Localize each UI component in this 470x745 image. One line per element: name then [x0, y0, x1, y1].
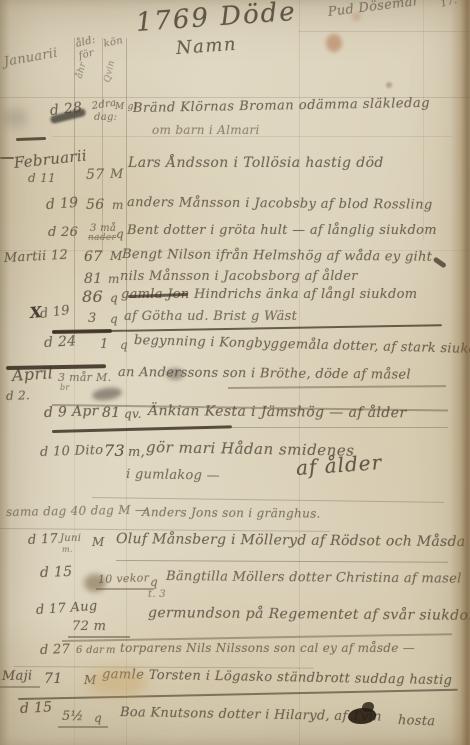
- separator-line: [228, 385, 446, 388]
- separator-stroke: [18, 689, 458, 700]
- entry-name-cause: Bent dotter i gröta hult — af långlig si…: [127, 224, 437, 237]
- entry-note: br: [60, 384, 70, 392]
- entry-sex: m: [108, 273, 120, 285]
- entry-sex: m: [106, 646, 116, 656]
- entry-age: 2dra: [91, 99, 117, 112]
- entry-month: Februarii: [13, 148, 87, 171]
- entry-age: 6 dar: [76, 646, 104, 656]
- separator-stroke: [52, 425, 232, 433]
- entry-age: 81: [84, 272, 102, 286]
- entry-age: nader: [88, 234, 116, 243]
- brown-stain: [84, 574, 106, 592]
- entry-date: d 9 Apr: [44, 404, 99, 420]
- ink-smudge: [91, 386, 122, 402]
- entry-name-cause: Bränd Klörnas Broman odämma släkledag: [133, 97, 430, 115]
- tan-stain: [88, 668, 148, 696]
- entry-date: d 15: [20, 700, 53, 716]
- entry-name-cause: germundson på Regementet af svår siukdom: [148, 606, 470, 623]
- entry-sex: q: [116, 228, 124, 240]
- small-spot: [386, 82, 392, 88]
- grid-column-line: [74, 38, 75, 343]
- entry-name-cause: nils Månsson i Jacobsborg af ålder: [120, 270, 358, 283]
- entry-sex: M: [110, 250, 123, 262]
- entry-age: dag:: [94, 113, 117, 123]
- page-binding-edge: [450, 0, 470, 745]
- entry-month: Martii 12: [4, 249, 69, 265]
- age-underline: [58, 726, 108, 728]
- sex-column-header: kön: [103, 36, 124, 50]
- ink-smudge: [166, 368, 184, 380]
- entry-name-cause: Anders Jons son i gränghus.: [142, 506, 321, 520]
- entry-sex: q: [94, 712, 102, 724]
- entry-sex: q: [120, 339, 128, 351]
- entry-date: d 19: [39, 304, 71, 321]
- entry-age: 72 m: [72, 620, 106, 633]
- rust-stain: [326, 34, 342, 52]
- manuscript-page: 1769 Döde Pud Dösemar 17. Januarii åld: …: [0, 0, 470, 745]
- entry-sex: M: [92, 536, 105, 548]
- entry-date: d 17 Aug: [36, 600, 98, 617]
- entry-name-cause: Boa Knutsons dotter i Hilaryd, af Tvin: [120, 706, 382, 724]
- entry-age: 1: [100, 338, 109, 351]
- entry-sex: M: [110, 168, 124, 181]
- entry-age: 56: [86, 198, 104, 212]
- margin-dash: [16, 137, 46, 141]
- age-underline: [96, 588, 154, 590]
- entry-sex: q: [150, 576, 158, 588]
- month-label-january: Januarii: [3, 47, 59, 69]
- entry-age: 73: [104, 443, 125, 459]
- entry-name-cause: anders Månsson i Jacobsby af blod Rossli…: [127, 196, 433, 212]
- entry-date: d 19: [46, 196, 79, 212]
- entry-month: April: [11, 365, 53, 384]
- entry-name-cause: Änkian Kesta i Jämshög — af ålder: [148, 404, 407, 420]
- entry-name-cause: Oluf Månsberg i Mölleryd af Rödsot och M…: [116, 532, 466, 549]
- grid-column-line: [102, 38, 103, 253]
- corner-note: Pud Dösemar: [327, 0, 420, 19]
- entry-date: d 17: [28, 532, 59, 547]
- entry-name-cause: om barn i Almari: [152, 124, 260, 136]
- ruled-line: [298, 31, 470, 32]
- entry-age: 67: [84, 250, 102, 264]
- entry-date: d 27: [40, 643, 71, 657]
- entry-age: 81: [102, 406, 120, 420]
- entry-date: d 26: [48, 226, 78, 239]
- entry-age: 57: [86, 168, 104, 182]
- entry-age: 3 mår M.: [58, 372, 111, 383]
- entry-sex: q: [110, 313, 118, 325]
- entry-name-cause: torparens Nils Nilssons son cal ey af må…: [120, 642, 415, 654]
- entry-sex: qv.: [124, 408, 142, 420]
- entry-name-cause: Lars Åndsson i Tollösia hastig död: [128, 156, 384, 170]
- separator-line: [230, 427, 448, 428]
- sex-column-header-vertical: Qvin: [104, 60, 117, 84]
- entry-age: 3: [88, 312, 97, 325]
- page-left-edge: [0, 0, 10, 745]
- entry-sex: m,: [128, 446, 145, 459]
- entry-name-cause: gamle Torsten i Lögasko ständbrott sudda…: [102, 668, 453, 687]
- name-column-header: Namn: [175, 36, 237, 58]
- entry-age: 5½: [62, 710, 83, 723]
- margin-x-mark: X: [29, 305, 42, 321]
- entry-age: 86: [82, 289, 103, 305]
- entry-note: t. 3: [148, 590, 166, 600]
- rust-stain: [352, 12, 361, 21]
- age-column-header: åld:: [75, 35, 97, 50]
- age-column-header: för: [78, 48, 95, 61]
- age-column-header-vertical: åhr: [76, 62, 89, 80]
- entry-name-cause: af Götha ud. Brist g Wäst: [124, 310, 297, 323]
- entry-age: 71: [44, 672, 62, 686]
- entry-date: d 24: [44, 334, 77, 350]
- entry-month: Juni: [60, 534, 81, 544]
- entry-name-cause: Bengt Nilson ifrån Helmshög af wåda ey g…: [122, 248, 432, 264]
- entry-date: d 10 Dito: [40, 444, 104, 459]
- page-title: 1769 Döde: [135, 0, 297, 36]
- entry-name-cause: sama dag 40 dag M —: [6, 504, 147, 518]
- entry-name-cause: begynning i Kongbyggemåla dotter, af sta…: [134, 334, 470, 357]
- separator-line: [116, 560, 448, 563]
- entry-month: m.: [62, 546, 73, 554]
- entry-sex: m: [112, 199, 124, 211]
- entry-name-cause: Bängtilla Möllers dotter Christina af ma…: [166, 570, 462, 586]
- entry-date: d 11: [28, 172, 56, 184]
- entry-name-cause: i gumlakog —: [126, 468, 220, 483]
- entry-name-cause: an Anderssons son i Bröthe, döde af måse…: [118, 366, 411, 382]
- entry-sex: q: [110, 292, 118, 304]
- pen-mark: [433, 256, 447, 268]
- entry-cause-flourish: af ålder: [295, 452, 382, 478]
- age-underline: [68, 636, 130, 638]
- entry-name-cause: hosta: [398, 714, 436, 728]
- entry-date: d 15: [40, 565, 73, 580]
